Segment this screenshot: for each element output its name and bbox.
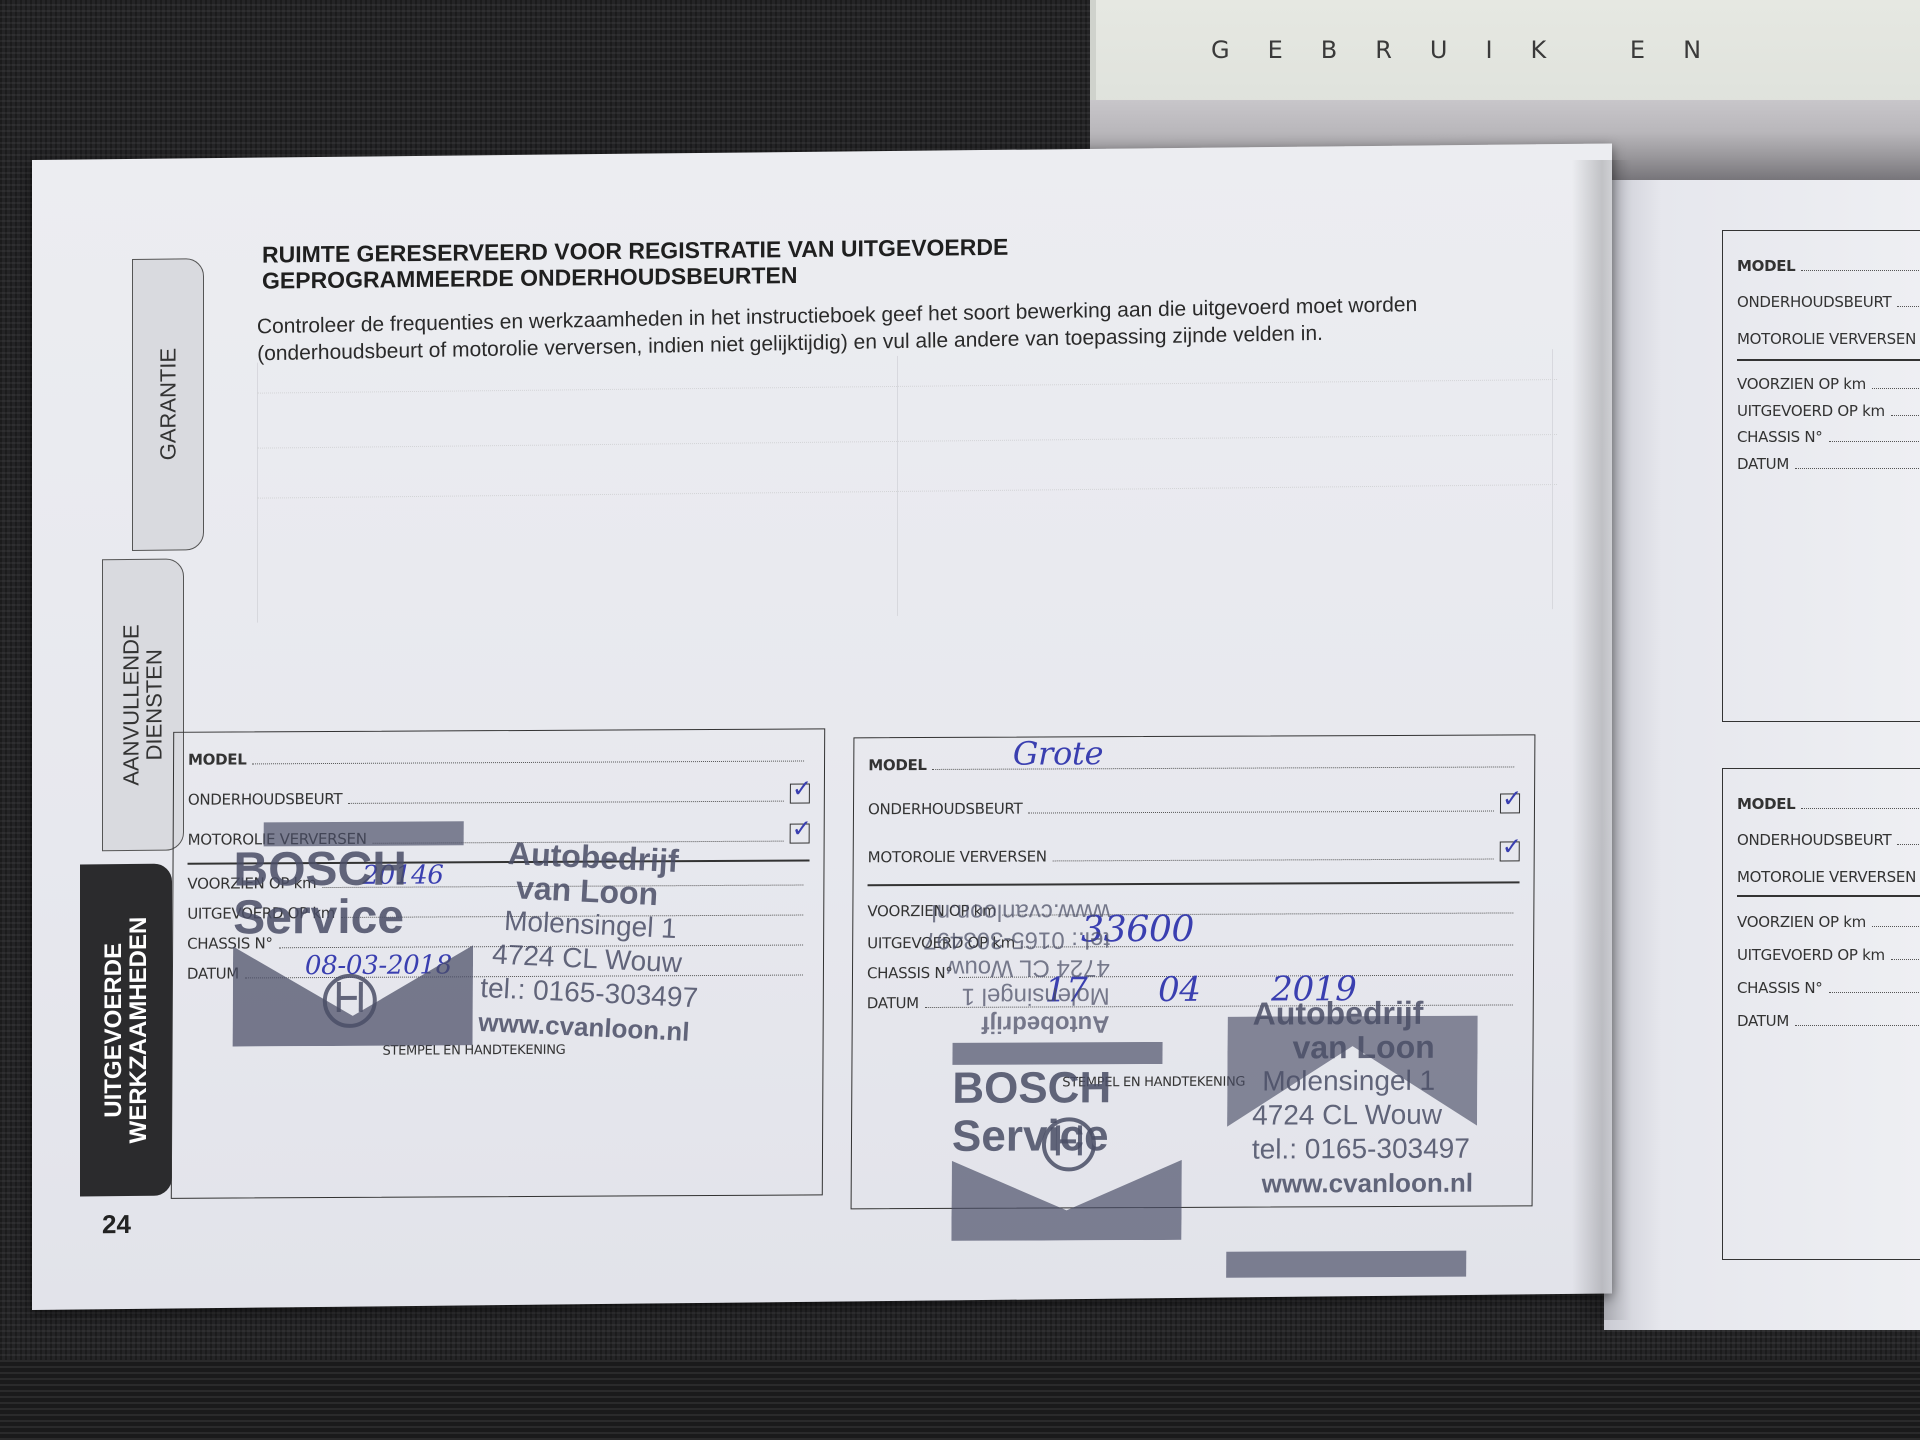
chassis-field[interactable]: CHASSIS N° xyxy=(1737,975,1920,997)
tab-uitgevoerde-werkzaamheden[interactable]: UITGEVOERDEWERKZAAMHEDEN xyxy=(80,864,172,1197)
datum-field[interactable]: DATUM xyxy=(1737,451,1920,473)
model-field[interactable]: MODELGrote xyxy=(868,749,1520,774)
motorolie-field: MOTOROLIE VERVERSEN xyxy=(868,841,1520,866)
model-field[interactable]: MODEL xyxy=(188,743,810,768)
model-field[interactable]: MODEL xyxy=(1737,253,1920,275)
handwritten-model: Grote xyxy=(1013,734,1104,772)
uitgevoerd-km-field[interactable]: UITGEVOERD OP km xyxy=(1737,398,1920,420)
bosch-chevron xyxy=(951,1160,1181,1241)
show-through-table xyxy=(257,349,1557,623)
datum-field[interactable]: DATUM xyxy=(1737,1008,1920,1030)
background-manual-cover: GEBRUIK EN xyxy=(1090,0,1920,110)
service-entry-4: MODEL ONDERHOUDSBEURT MOTOROLIE VERVERSE… xyxy=(1722,768,1920,1260)
service-entry-2: MODELGrote ONDERHOUDSBEURT MOTOROLIE VER… xyxy=(851,734,1536,1209)
motorolie-field[interactable]: MOTOROLIE VERVERSEN xyxy=(1737,864,1920,886)
left-page: GARANTIE AANVULLENDEDIENSTEN UITGEVOERDE… xyxy=(32,143,1612,1310)
tab-garantie[interactable]: GARANTIE xyxy=(132,258,204,551)
cover-title: GEBRUIK EN xyxy=(1211,36,1739,64)
service-entry-1: MODEL ONDERHOUDSBEURT MOTOROLIE VERVERSE… xyxy=(171,728,825,1198)
voorzien-km-field[interactable]: VOORZIEN OP km xyxy=(1737,371,1920,393)
motorolie-field[interactable]: MOTOROLIE VERVERSEN xyxy=(1737,326,1920,348)
onderhoudsbeurt-checkbox[interactable] xyxy=(790,783,810,803)
chassis-field[interactable]: CHASSIS N° xyxy=(1737,424,1920,446)
company-stamp: Autobedrijf van Loon Molensingel 1 4724 … xyxy=(497,836,706,1049)
model-field[interactable]: MODEL xyxy=(1737,791,1920,813)
motorolie-checkbox[interactable] xyxy=(790,823,810,843)
tab-label: GARANTIE xyxy=(156,348,179,461)
page-heading: RUIMTE GERESERVEERD VOOR REGISTRATIE VAN… xyxy=(262,231,1262,293)
tab-label: AANVULLENDEDIENSTEN xyxy=(120,624,166,786)
tab-aanvullende-diensten[interactable]: AANVULLENDEDIENSTEN xyxy=(102,558,184,851)
bosch-service-stamp-inverted: Autobedrijf Molensingel 1 4724 CL Wouw t… xyxy=(923,1027,1110,1038)
divider xyxy=(868,881,1520,886)
maintenance-booklet: GARANTIE AANVULLENDEDIENSTEN UITGEVOERDE… xyxy=(12,140,1920,1340)
bosch-logo-icon xyxy=(323,974,377,1028)
voorzien-km-field[interactable]: VOORZIEN OP km xyxy=(1737,909,1920,931)
motorolie-checkbox[interactable] xyxy=(1500,841,1520,861)
page-gutter xyxy=(1572,160,1632,1320)
page-number: 24 xyxy=(102,1209,131,1240)
tab-label: UITGEVOERDEWERKZAAMHEDEN xyxy=(101,916,151,1143)
uitgevoerd-km-field[interactable]: UITGEVOERD OP km xyxy=(1737,942,1920,964)
onderhoudsbeurt-checkbox[interactable] xyxy=(1500,793,1520,813)
divider xyxy=(1737,895,1920,897)
bosch-logo-icon xyxy=(1042,1117,1096,1171)
company-address: Autobedrijf van Loon Molensingel 1 4724 … xyxy=(1252,996,1475,1201)
onderhoudsbeurt-field[interactable]: ONDERHOUDSBEURT xyxy=(1737,827,1920,849)
divider xyxy=(1737,359,1920,361)
onderhoudsbeurt-field: ONDERHOUDSBEURT xyxy=(188,783,810,808)
car-seat-lower xyxy=(0,1360,1920,1440)
service-entry-3: MODEL ONDERHOUDSBEURT MOTOROLIE VERVERSE… xyxy=(1722,230,1920,722)
onderhoudsbeurt-field: ONDERHOUDSBEURT xyxy=(868,793,1520,818)
onderhoudsbeurt-field[interactable]: ONDERHOUDSBEURT xyxy=(1737,289,1920,311)
